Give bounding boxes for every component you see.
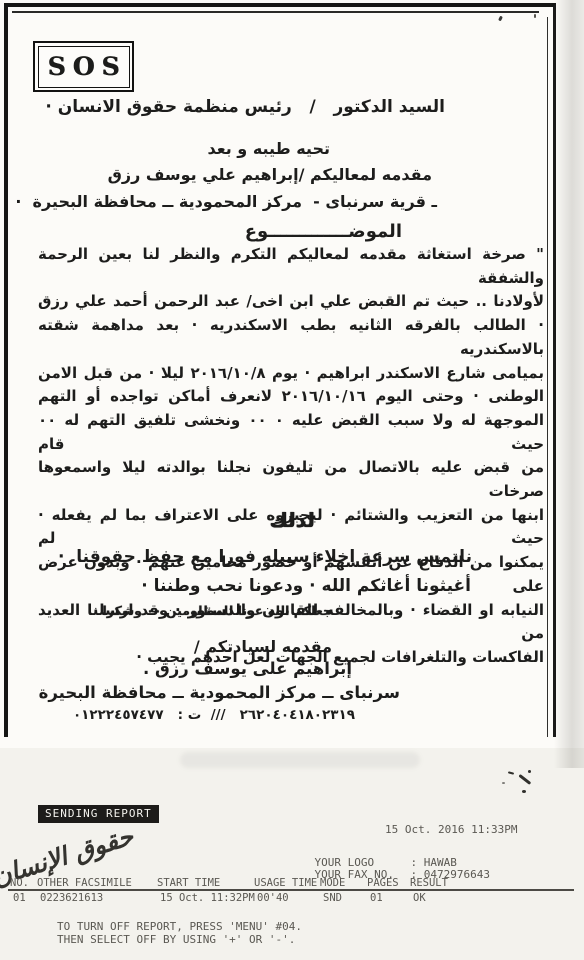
letter-body-line: لأولادنا .. حيث تم القبض علي ابن اخى/ عب… xyxy=(38,290,544,314)
sos-logo-inner-border: SOS xyxy=(38,46,130,88)
request-line: نلتمس سرعة اخلاء سبيله فورا مع حفظ حقوقن… xyxy=(58,543,472,572)
greeting-line: تحيه طيبه و بعد xyxy=(207,139,330,158)
request-lines: نلتمس سرعة اخلاء سبيله فورا مع حفظ حقوقن… xyxy=(58,543,472,601)
header-no: NO. xyxy=(10,877,37,889)
salutation-line: السيد الدكتور / رئيس منظمة حقوق الانسان … xyxy=(45,97,445,117)
signature-intro-line: مقدمه لسيادتكم / xyxy=(194,637,332,656)
header-usage-time: USAGE TIME xyxy=(254,877,320,889)
subject-heading: الموضـــــــــــــوع xyxy=(245,221,402,242)
ink-smudge xyxy=(500,770,536,802)
letter-body-line: الوطنى · وحتى اليوم ٢٠١٦/١٠/١٦ لانعرف أم… xyxy=(38,385,544,409)
scanned-fax-page: SOS السيد الدكتور / رئيس منظمة حقوق الان… xyxy=(0,0,584,960)
header-other-facsimile: OTHER FACSIMILE xyxy=(37,877,157,889)
sender-address-line: ـ قرية سرنباى - مركز المحمودية ــ محافظة… xyxy=(15,192,437,211)
fax-table-row: 01 0223621613 15 Oct. 11:32PM 00'40 SND … xyxy=(13,892,574,904)
cell-other-facsimile: 0223621613 xyxy=(40,892,160,904)
presented-by-line: مقدمه لمعاليكم /إبراهيم علي يوسف رزق xyxy=(108,165,432,184)
cell-usage-time: 00'40 xyxy=(257,892,323,904)
letter-body-line: " صرخة استغاثة مقدمه لمعاليكم التكرم وال… xyxy=(38,243,544,290)
letter-body-line: الموجهة له ولا سبب القبض عليه ٠ ٠٠ ونخشى… xyxy=(38,409,544,456)
cell-start-time: 15 Oct. 11:32PM xyxy=(160,892,257,904)
fax-footer-line: THEN SELECT OFF BY USING '+' OR '-'. xyxy=(57,934,302,947)
therefore-heading: لذلك xyxy=(269,508,314,532)
cell-no: 01 xyxy=(13,892,40,904)
header-mode: MODE xyxy=(320,877,367,889)
signature-name-line: إبراهيم على يوسف رزق . xyxy=(143,659,352,678)
fax-table-header: NO. OTHER FACSIMILE START TIME USAGE TIM… xyxy=(10,877,574,889)
header-result: RESULT xyxy=(410,877,574,889)
sending-report-badge: SENDING REPORT xyxy=(38,805,159,823)
letter-body-line: بميامى شارع الاسكندر ابراهيم · يوم ٢٠١٦/… xyxy=(38,362,544,386)
scan-smudge-band xyxy=(180,752,420,768)
fax-report-datetime: 15 Oct. 2016 11:33PM xyxy=(385,823,517,836)
sos-logo-text: SOS xyxy=(41,52,127,81)
blessing-line: جعلكم الله عونا للمظلومين ٠٠ وشكرا · xyxy=(93,603,332,618)
signature-address-line: سرنباى ــ مركز المحمودية ــ محافظة البحي… xyxy=(39,683,400,702)
signature-phone-line: ٢٦٢٠٤٠٤١٨٠٢٣١٩ /// ت : ٠١٢٢٢٤٥٧٤٧٧ xyxy=(73,707,355,723)
cell-mode: SND xyxy=(323,892,370,904)
cell-pages: 01 xyxy=(370,892,413,904)
cell-result: OK xyxy=(413,892,574,904)
letter-body-line: من قبض عليه بالاتصال من تليفون نجلنا بوا… xyxy=(38,456,544,503)
scan-edge-shadow xyxy=(554,0,584,768)
scan-speck xyxy=(534,14,536,18)
letter-body-line: · الطالب بالفرقه الثانيه بطب الاسكندريه … xyxy=(38,314,544,361)
fax-footer-line: TO TURN OFF REPORT, PRESS 'MENU' #04. xyxy=(57,921,302,934)
sos-logo: SOS xyxy=(33,41,134,92)
request-line: أغيثونا أغاثكم الله · ودعونا نحب وطننا · xyxy=(2,572,471,601)
header-pages: PAGES xyxy=(367,877,410,889)
table-rule xyxy=(8,889,574,891)
header-start-time: START TIME xyxy=(157,877,254,889)
fax-footer-note: TO TURN OFF REPORT, PRESS 'MENU' #04.THE… xyxy=(57,921,302,946)
